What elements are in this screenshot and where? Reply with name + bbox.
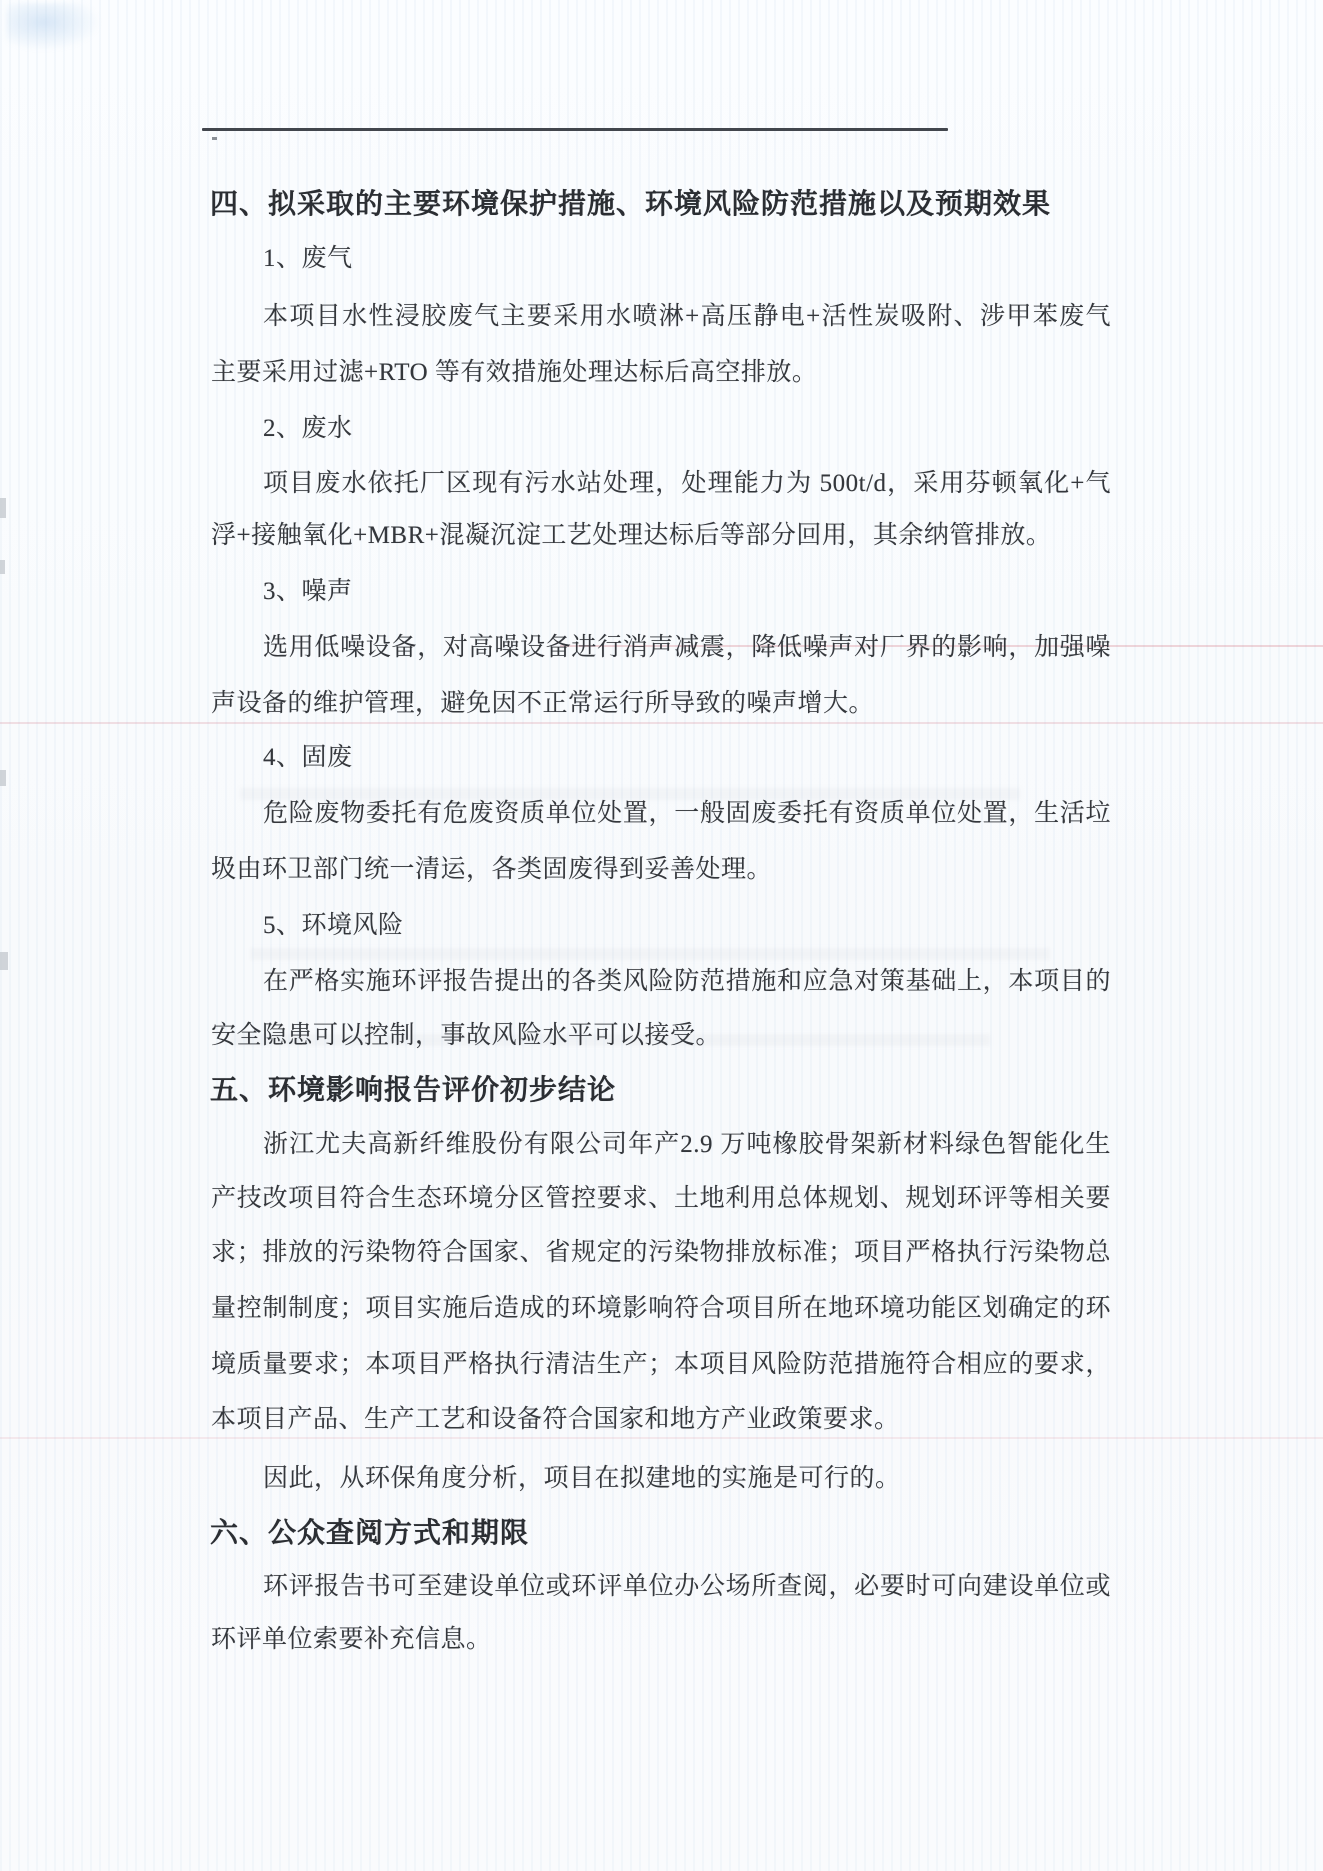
ink-bleed-ghost <box>250 948 1050 960</box>
header-rule-speck <box>212 137 217 140</box>
body-line: 浙江尤夫高新纤维股份有限公司年产2.9 万吨橡胶骨架新材料绿色智能化生 <box>263 1127 1111 1165</box>
body-line: 浮+接触氧化+MBR+混凝沉淀工艺处理达标后等部分回用，其余纳管排放。 <box>211 518 1111 556</box>
section-heading-6: 六、公众查阅方式和期限 <box>210 1515 529 1553</box>
header-rule <box>202 128 948 131</box>
page-edge-mark <box>0 770 6 786</box>
page-edge-mark <box>0 952 8 970</box>
body-line: 声设备的维护管理，避免因不正常运行所导致的噪声增大。 <box>211 686 1111 724</box>
scan-smudge <box>6 3 101 51</box>
body-line: 本项目水性浸胶废气主要采用水喷淋+高压静电+活性炭吸附、涉甲苯废气 <box>263 299 1111 337</box>
page-edge-mark <box>0 560 5 574</box>
body-line: 危险废物委托有危废资质单位处置，一般固废委托有资质单位处置，生活垃 <box>263 796 1111 834</box>
body-line: 环评单位索要补充信息。 <box>211 1622 1111 1660</box>
body-line: 在严格实施环评报告提出的各类风险防范措施和应急对策基础上，本项目的 <box>263 964 1111 1002</box>
subheading-noise: 3、噪声 <box>263 574 353 612</box>
section-heading-4: 四、拟采取的主要环境保护措施、环境风险防范措施以及预期效果 <box>210 186 1051 224</box>
section-heading-5: 五、环境影响报告评价初步结论 <box>210 1072 616 1110</box>
body-line: 境质量要求；本项目严格执行清洁生产；本项目风险防范措施符合相应的要求， <box>211 1347 1111 1385</box>
body-line: 项目废水依托厂区现有污水站处理，处理能力为 500t/d，采用芬顿氧化+气 <box>263 466 1111 504</box>
body-line: 安全隐患可以控制，事故风险水平可以接受。 <box>211 1018 1111 1056</box>
body-line: 量控制制度；项目实施后造成的环境影响符合项目所在地环境功能区划确定的环 <box>211 1291 1111 1329</box>
subheading-waste-water: 2、废水 <box>263 411 353 449</box>
subheading-solid-waste: 4、固废 <box>263 740 353 778</box>
body-line: 因此，从环保角度分析，项目在拟建地的实施是可行的。 <box>263 1461 1111 1499</box>
page-edge-mark <box>0 498 6 518</box>
body-line: 圾由环卫部门统一清运，各类固废得到妥善处理。 <box>211 852 1111 890</box>
subheading-waste-gas: 1、废气 <box>263 241 353 279</box>
body-line: 主要采用过滤+RTO 等有效措施处理达标后高空排放。 <box>211 355 1111 393</box>
body-line: 求；排放的污染物符合国家、省规定的污染物排放标准；项目严格执行污染物总 <box>211 1235 1111 1273</box>
subheading-env-risk: 5、环境风险 <box>263 908 404 946</box>
body-line: 环评报告书可至建设单位或环评单位办公场所查阅，必要时可向建设单位或 <box>263 1569 1111 1607</box>
document-page: 四、拟采取的主要环境保护措施、环境风险防范措施以及预期效果 1、废气 本项目水性… <box>0 0 1323 1871</box>
body-line: 本项目产品、生产工艺和设备符合国家和地方产业政策要求。 <box>211 1402 1111 1440</box>
body-line: 选用低噪设备，对高噪设备进行消声减震，降低噪声对厂界的影响，加强噪 <box>263 630 1111 668</box>
body-line: 产技改项目符合生态环境分区管控要求、土地利用总体规划、规划环评等相关要 <box>211 1181 1111 1219</box>
